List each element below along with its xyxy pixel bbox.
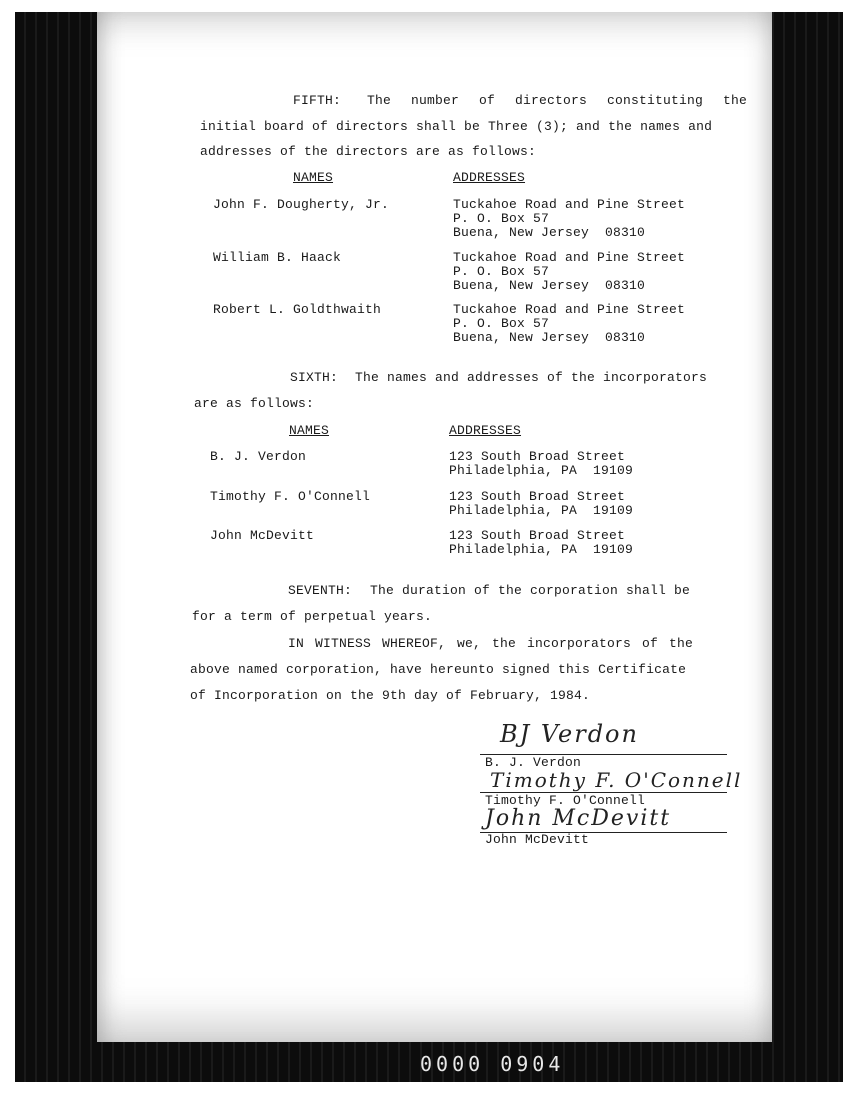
sixth-heading: SIXTH: (290, 371, 338, 385)
director-address-line: Buena, New Jersey 08310 (453, 331, 645, 345)
seventh-line-2: for a term of perpetual years. (192, 610, 432, 624)
incorporator-name: B. J. Verdon (210, 450, 306, 464)
director-name: Robert L. Goldthwaith (213, 303, 381, 317)
sixth-names-header: NAMES (289, 424, 329, 438)
witness-line-2: above named corporation, have hereunto s… (190, 663, 686, 677)
signature-mcdevitt: John McDevitt (485, 806, 671, 831)
director-address-line: Tuckahoe Road and Pine Street (453, 251, 685, 265)
director-address-line: P. O. Box 57 (453, 212, 549, 226)
signature-printed-name: John McDevitt (485, 833, 589, 847)
witness-line-1: IN WITNESS WHEREOF, we, the incorporator… (288, 637, 693, 651)
fifth-line-3: addresses of the directors are as follow… (200, 145, 536, 159)
fifth-heading: FIFTH: (293, 94, 341, 108)
director-address-line: P. O. Box 57 (453, 265, 549, 279)
incorporator-address-line: Philadelphia, PA 19109 (449, 543, 633, 557)
director-address-line: Buena, New Jersey 08310 (453, 226, 645, 240)
incorporator-address-line: 123 South Broad Street (449, 450, 625, 464)
incorporator-address-line: Philadelphia, PA 19109 (449, 504, 633, 518)
seventh-heading: SEVENTH: (288, 584, 352, 598)
incorporator-name: Timothy F. O'Connell (210, 490, 370, 504)
fifth-names-header: NAMES (293, 171, 333, 185)
sixth-line-1: The names and addresses of the incorpora… (355, 371, 707, 385)
fifth-line-1: The number of directors constituting the (367, 94, 747, 108)
sixth-line-2: are as follows: (194, 397, 314, 411)
fifth-line-2: initial board of directors shall be Thre… (200, 120, 712, 134)
director-address-line: Tuckahoe Road and Pine Street (453, 198, 685, 212)
director-name: William B. Haack (213, 251, 341, 265)
frame-stamp: 0000 0904 (420, 1052, 564, 1076)
director-address-line: Buena, New Jersey 08310 (453, 279, 645, 293)
incorporator-address-line: 123 South Broad Street (449, 490, 625, 504)
document-page (97, 12, 772, 1042)
incorporator-name: John McDevitt (210, 529, 314, 543)
incorporator-address-line: Philadelphia, PA 19109 (449, 464, 633, 478)
signature-verdon: BJ Verdon (500, 720, 639, 748)
incorporator-address-line: 123 South Broad Street (449, 529, 625, 543)
director-address-line: Tuckahoe Road and Pine Street (453, 303, 685, 317)
fifth-addresses-header: ADDRESSES (453, 171, 525, 185)
sixth-addresses-header: ADDRESSES (449, 424, 521, 438)
witness-line-3: of Incorporation on the 9th day of Febru… (190, 689, 590, 703)
director-name: John F. Dougherty, Jr. (213, 198, 389, 212)
signature-oconnell: Timothy F. O'Connell (490, 768, 742, 792)
director-address-line: P. O. Box 57 (453, 317, 549, 331)
seventh-line-1: The duration of the corporation shall be (370, 584, 690, 598)
